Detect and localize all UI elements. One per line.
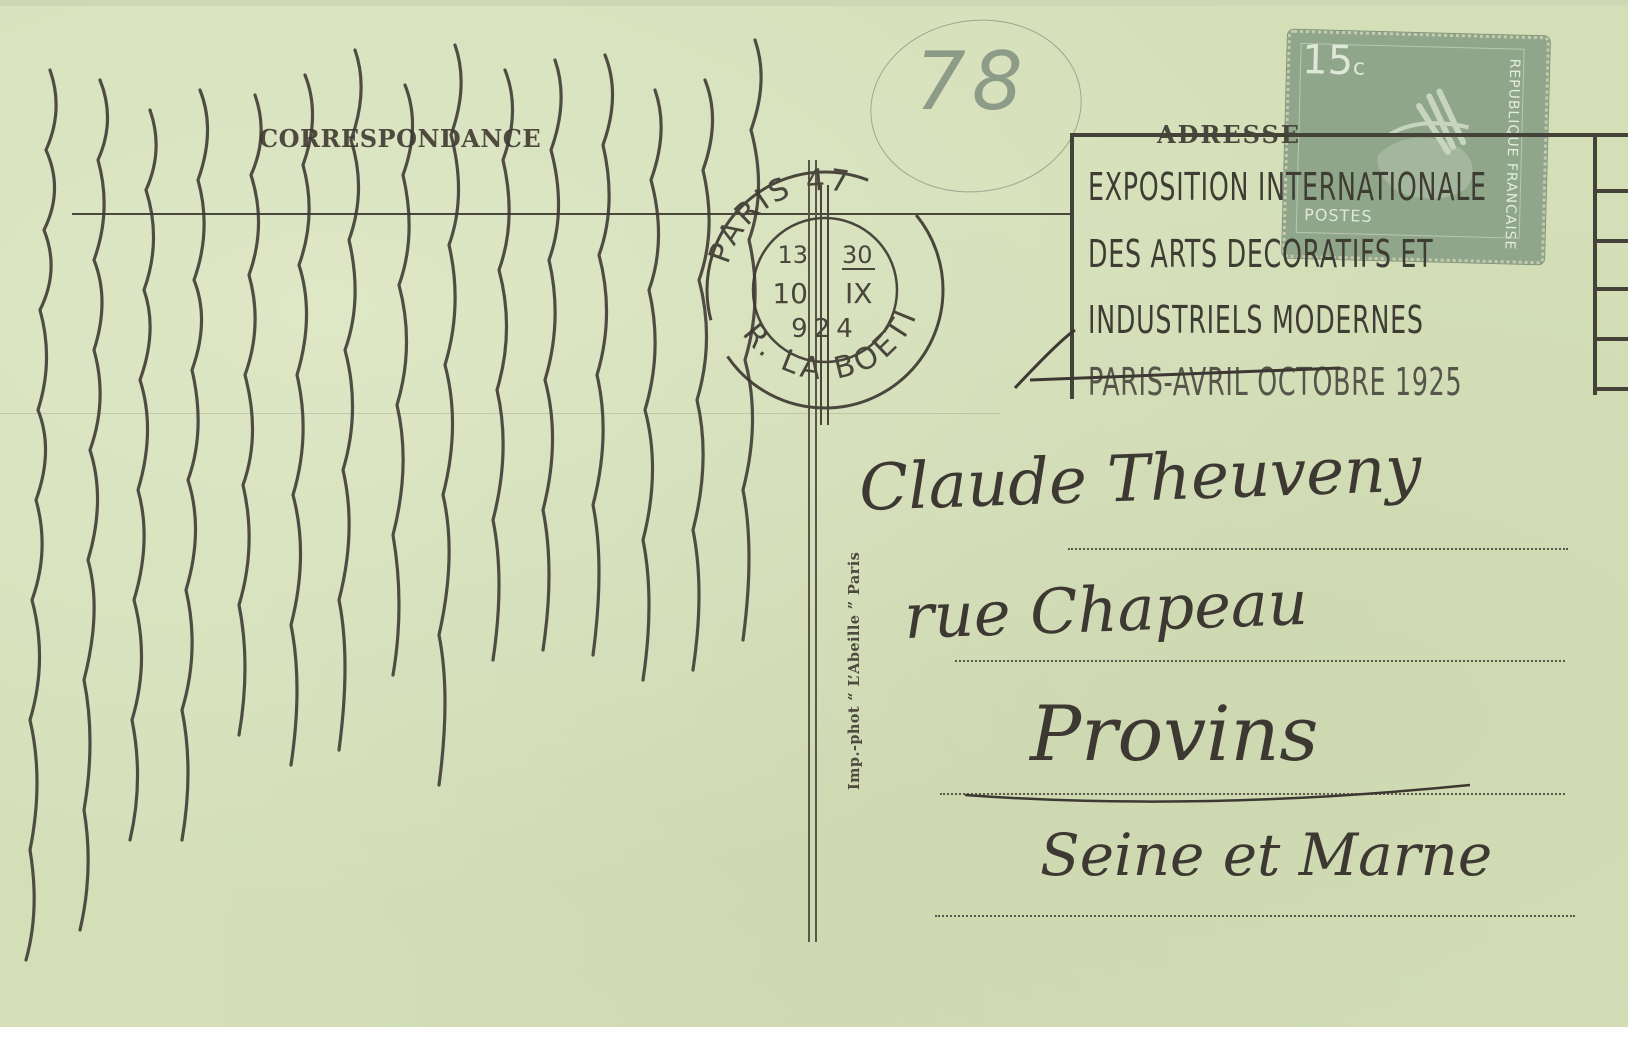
address-underline [965, 785, 1470, 802]
address-town: Provins [1028, 689, 1318, 778]
postcard-back: CORRESPONDANCE Imp.-phot “ L’Abeille ” P… [0, 0, 1628, 1027]
address-street: rue Chapeau [903, 566, 1309, 653]
address-name: Claude Theuveny [858, 432, 1423, 526]
ink-strike [1015, 330, 1340, 388]
address-department: Seine et Marne [1040, 821, 1492, 889]
handwriting-layer: Claude Theuveny rue Chapeau Provins Sein… [0, 0, 1628, 1027]
handwritten-message [26, 40, 761, 960]
scan-border [0, 1027, 1628, 1046]
